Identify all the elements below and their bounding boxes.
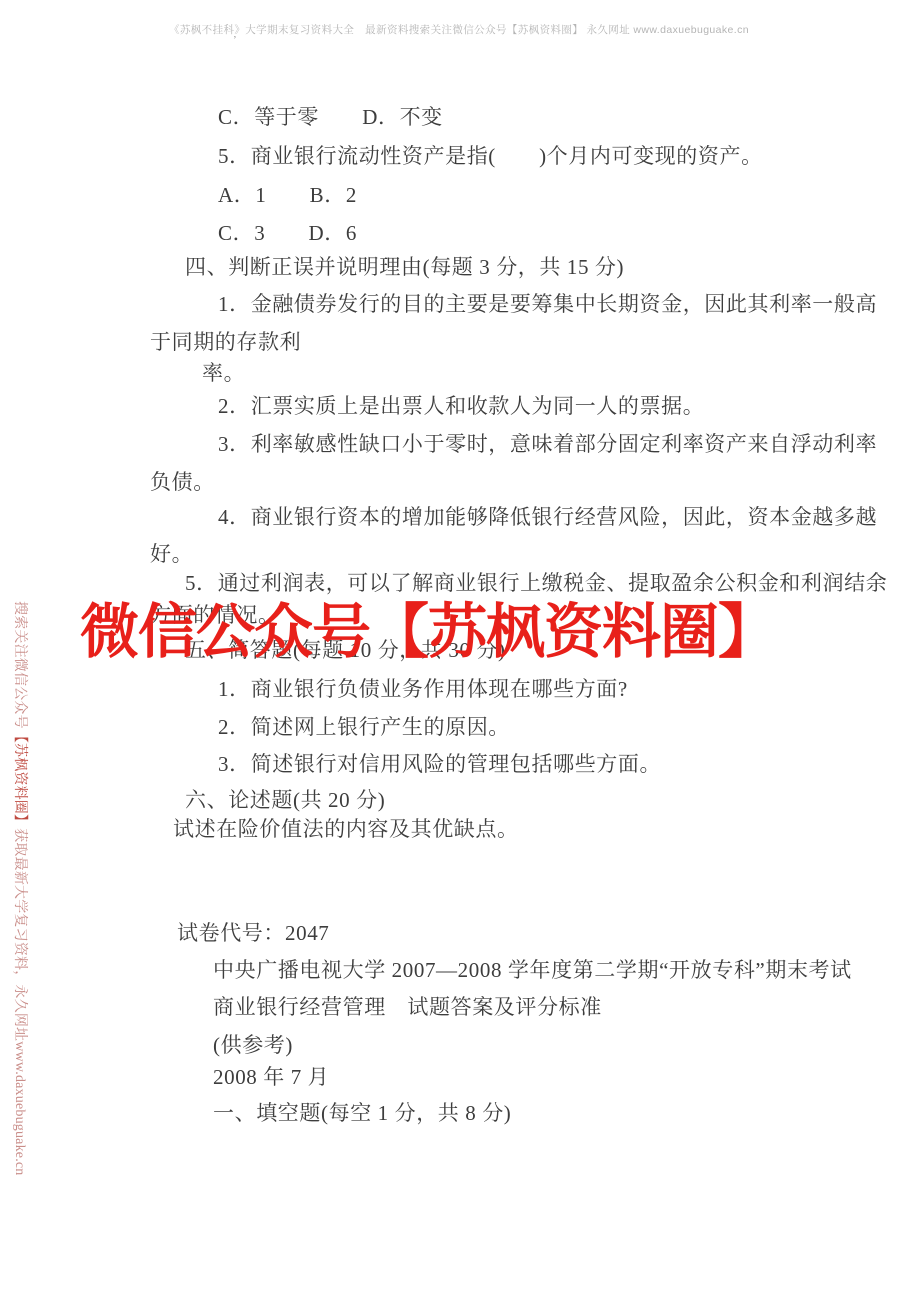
options-line-ab: A．1 B．2 (218, 183, 357, 208)
section-4-heading: 四、判断正误并说明理由(每题 3 分，共 15 分) (185, 255, 624, 280)
short-answer-1: 1．商业银行负债业务作用体现在哪些方面? (218, 677, 628, 702)
stray-mark: ’ (233, 34, 237, 46)
judge-item-1-wrap2: 率。 (202, 361, 245, 386)
short-answer-3: 3．简述银行对信用风险的管理包括哪些方面。 (218, 752, 661, 777)
section-6-heading: 六、论述题(共 20 分) (185, 788, 385, 813)
reference-note: (供参考) (213, 1033, 293, 1058)
judge-item-5: 5．通过利润表，可以了解商业银行上缴税金、提取盈余公积金和利润结余 (185, 571, 887, 596)
judge-item-1-wrap: 于同期的存款利 (150, 330, 301, 355)
side-watermark-prefix: 搜索关注微信公众号 (12, 601, 27, 729)
exam-paper-page: 《苏枫不挂科》大学期末复习资料大全 最新资料搜索关注微信公众号【苏枫资料圈】 永… (0, 0, 918, 1298)
judge-item-4-wrap: 好。 (150, 542, 193, 567)
side-watermark-highlight: 【苏枫资料圈】 (12, 729, 27, 828)
judge-item-3: 3．利率敏感性缺口小于零时，意味着部分固定利率资产来自浮动利率 (218, 432, 877, 457)
red-watermark: 微信公众号【苏枫资料圈】 (80, 597, 776, 668)
options-line-cd-2: C．3 D．6 (218, 221, 357, 246)
section-1-heading: 一、填空题(每空 1 分，共 8 分) (213, 1101, 511, 1126)
options-line-cd: C．等于零 D．不变 (218, 105, 443, 130)
question-5: 5．商业银行流动性资产是指( )个月内可变现的资产。 (218, 144, 763, 169)
exam-title: 中央广播电视大学 2007—2008 学年度第二学期“开放专科”期末考试 (213, 958, 852, 983)
exam-date: 2008 年 7 月 (213, 1065, 329, 1090)
judge-item-1: 1．金融债券发行的目的主要是要筹集中长期资金，因此其利率一般高 (218, 292, 877, 317)
exam-code: 试卷代号：2047 (177, 921, 329, 946)
short-answer-2: 2．简述网上银行产生的原因。 (218, 715, 510, 740)
judge-item-4: 4．商业银行资本的增加能够降低银行经营风险，因此，资本金越多越 (218, 505, 877, 530)
essay-question: 试述在险价值法的内容及其优缺点。 (173, 817, 519, 842)
page-header-note: 《苏枫不挂科》大学期末复习资料大全 最新资料搜索关注微信公众号【苏枫资料圈】 永… (0, 22, 918, 37)
side-watermark-suffix: 获取最新大学复习资料，永久网址www.daxuebuguake.cn (12, 828, 27, 1175)
judge-item-2: 2．汇票实质上是出票人和收款人为同一人的票据。 (218, 394, 704, 419)
side-vertical-watermark: 搜索关注微信公众号【苏枫资料圈】获取最新大学复习资料，永久网址www.daxue… (9, 601, 29, 1176)
judge-item-3-wrap: 负债。 (150, 470, 215, 495)
course-title: 商业银行经营管理 试题答案及评分标准 (213, 995, 602, 1020)
